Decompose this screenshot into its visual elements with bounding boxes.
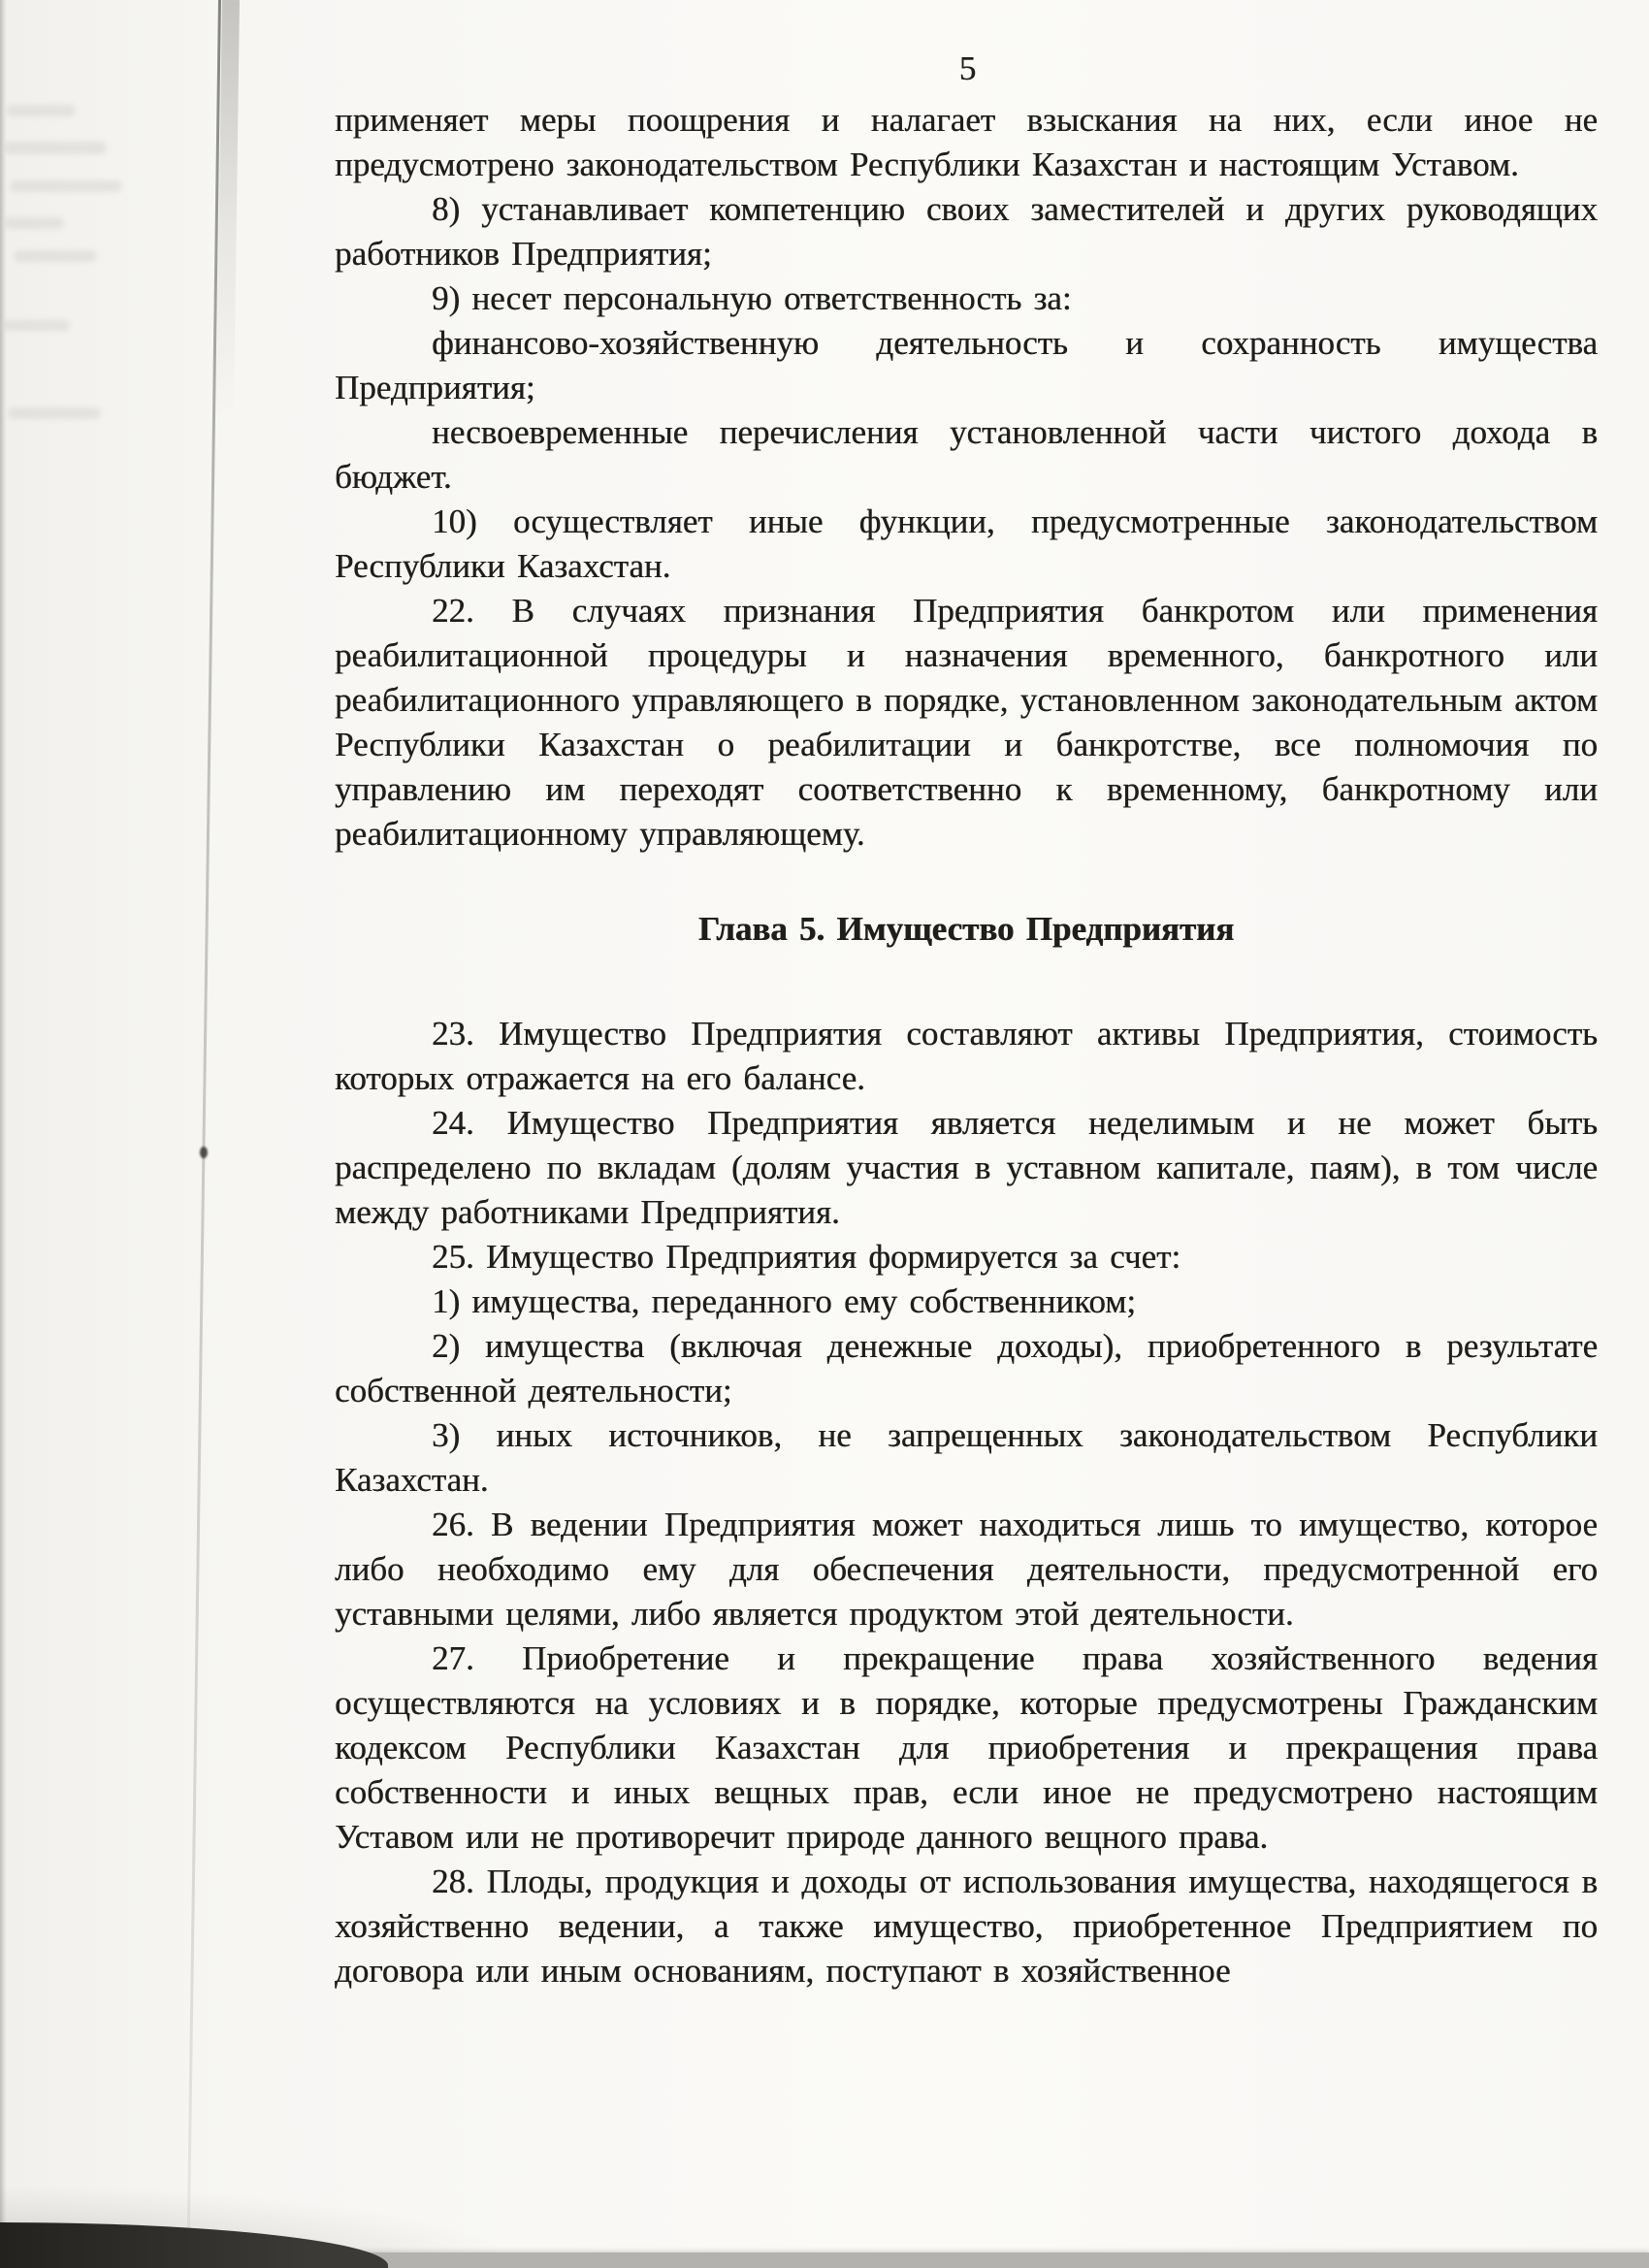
paragraph: 1) имущества, переданного ему собственни… bbox=[335, 1280, 1598, 1324]
paragraph: 9) несет персональную ответственность за… bbox=[335, 276, 1598, 321]
paragraph: 27. Приобретение и прекращение права хоз… bbox=[335, 1636, 1598, 1860]
ink-speck bbox=[200, 1147, 208, 1158]
paragraph: применяет меры поощрения и налагает взыс… bbox=[335, 98, 1598, 187]
page-fold-line bbox=[187, 0, 221, 2231]
paragraph: 24. Имущество Предприятия является недел… bbox=[335, 1101, 1598, 1235]
paragraph: 23. Имущество Предприятия составляют акт… bbox=[335, 1012, 1598, 1101]
paragraph: 10) осуществляет иные функции, предусмот… bbox=[335, 500, 1598, 589]
page-number: 5 bbox=[335, 47, 1600, 91]
scan-left-edge bbox=[0, 0, 7, 2268]
paragraph: 28. Плоды, продукция и доходы от использ… bbox=[335, 1860, 1598, 1993]
paragraph: финансово-хозяйственную деятельность и с… bbox=[335, 321, 1598, 410]
paragraph: 8) устанавливает компетенцию своих замес… bbox=[335, 187, 1598, 276]
scanned-page: { "colors": { "ink": "#1f1e1c", "paper":… bbox=[0, 0, 1649, 2268]
paragraph: 2) имущества (включая денежные доходы), … bbox=[335, 1324, 1598, 1413]
document-body: применяет меры поощрения и налагает взыс… bbox=[335, 98, 1598, 1993]
paragraph: 26. В ведении Предприятия может находить… bbox=[335, 1503, 1598, 1636]
paragraph: 25. Имущество Предприятия формируется за… bbox=[335, 1235, 1598, 1280]
paragraph: 3) иных источников, не запрещенных закон… bbox=[335, 1413, 1598, 1503]
paragraph: несвоевременные перечисления установленн… bbox=[335, 410, 1598, 500]
paragraph: 22. В случаях признания Предприятия банк… bbox=[335, 589, 1598, 857]
chapter-heading: Глава 5. Имущество Предприятия bbox=[335, 907, 1598, 952]
